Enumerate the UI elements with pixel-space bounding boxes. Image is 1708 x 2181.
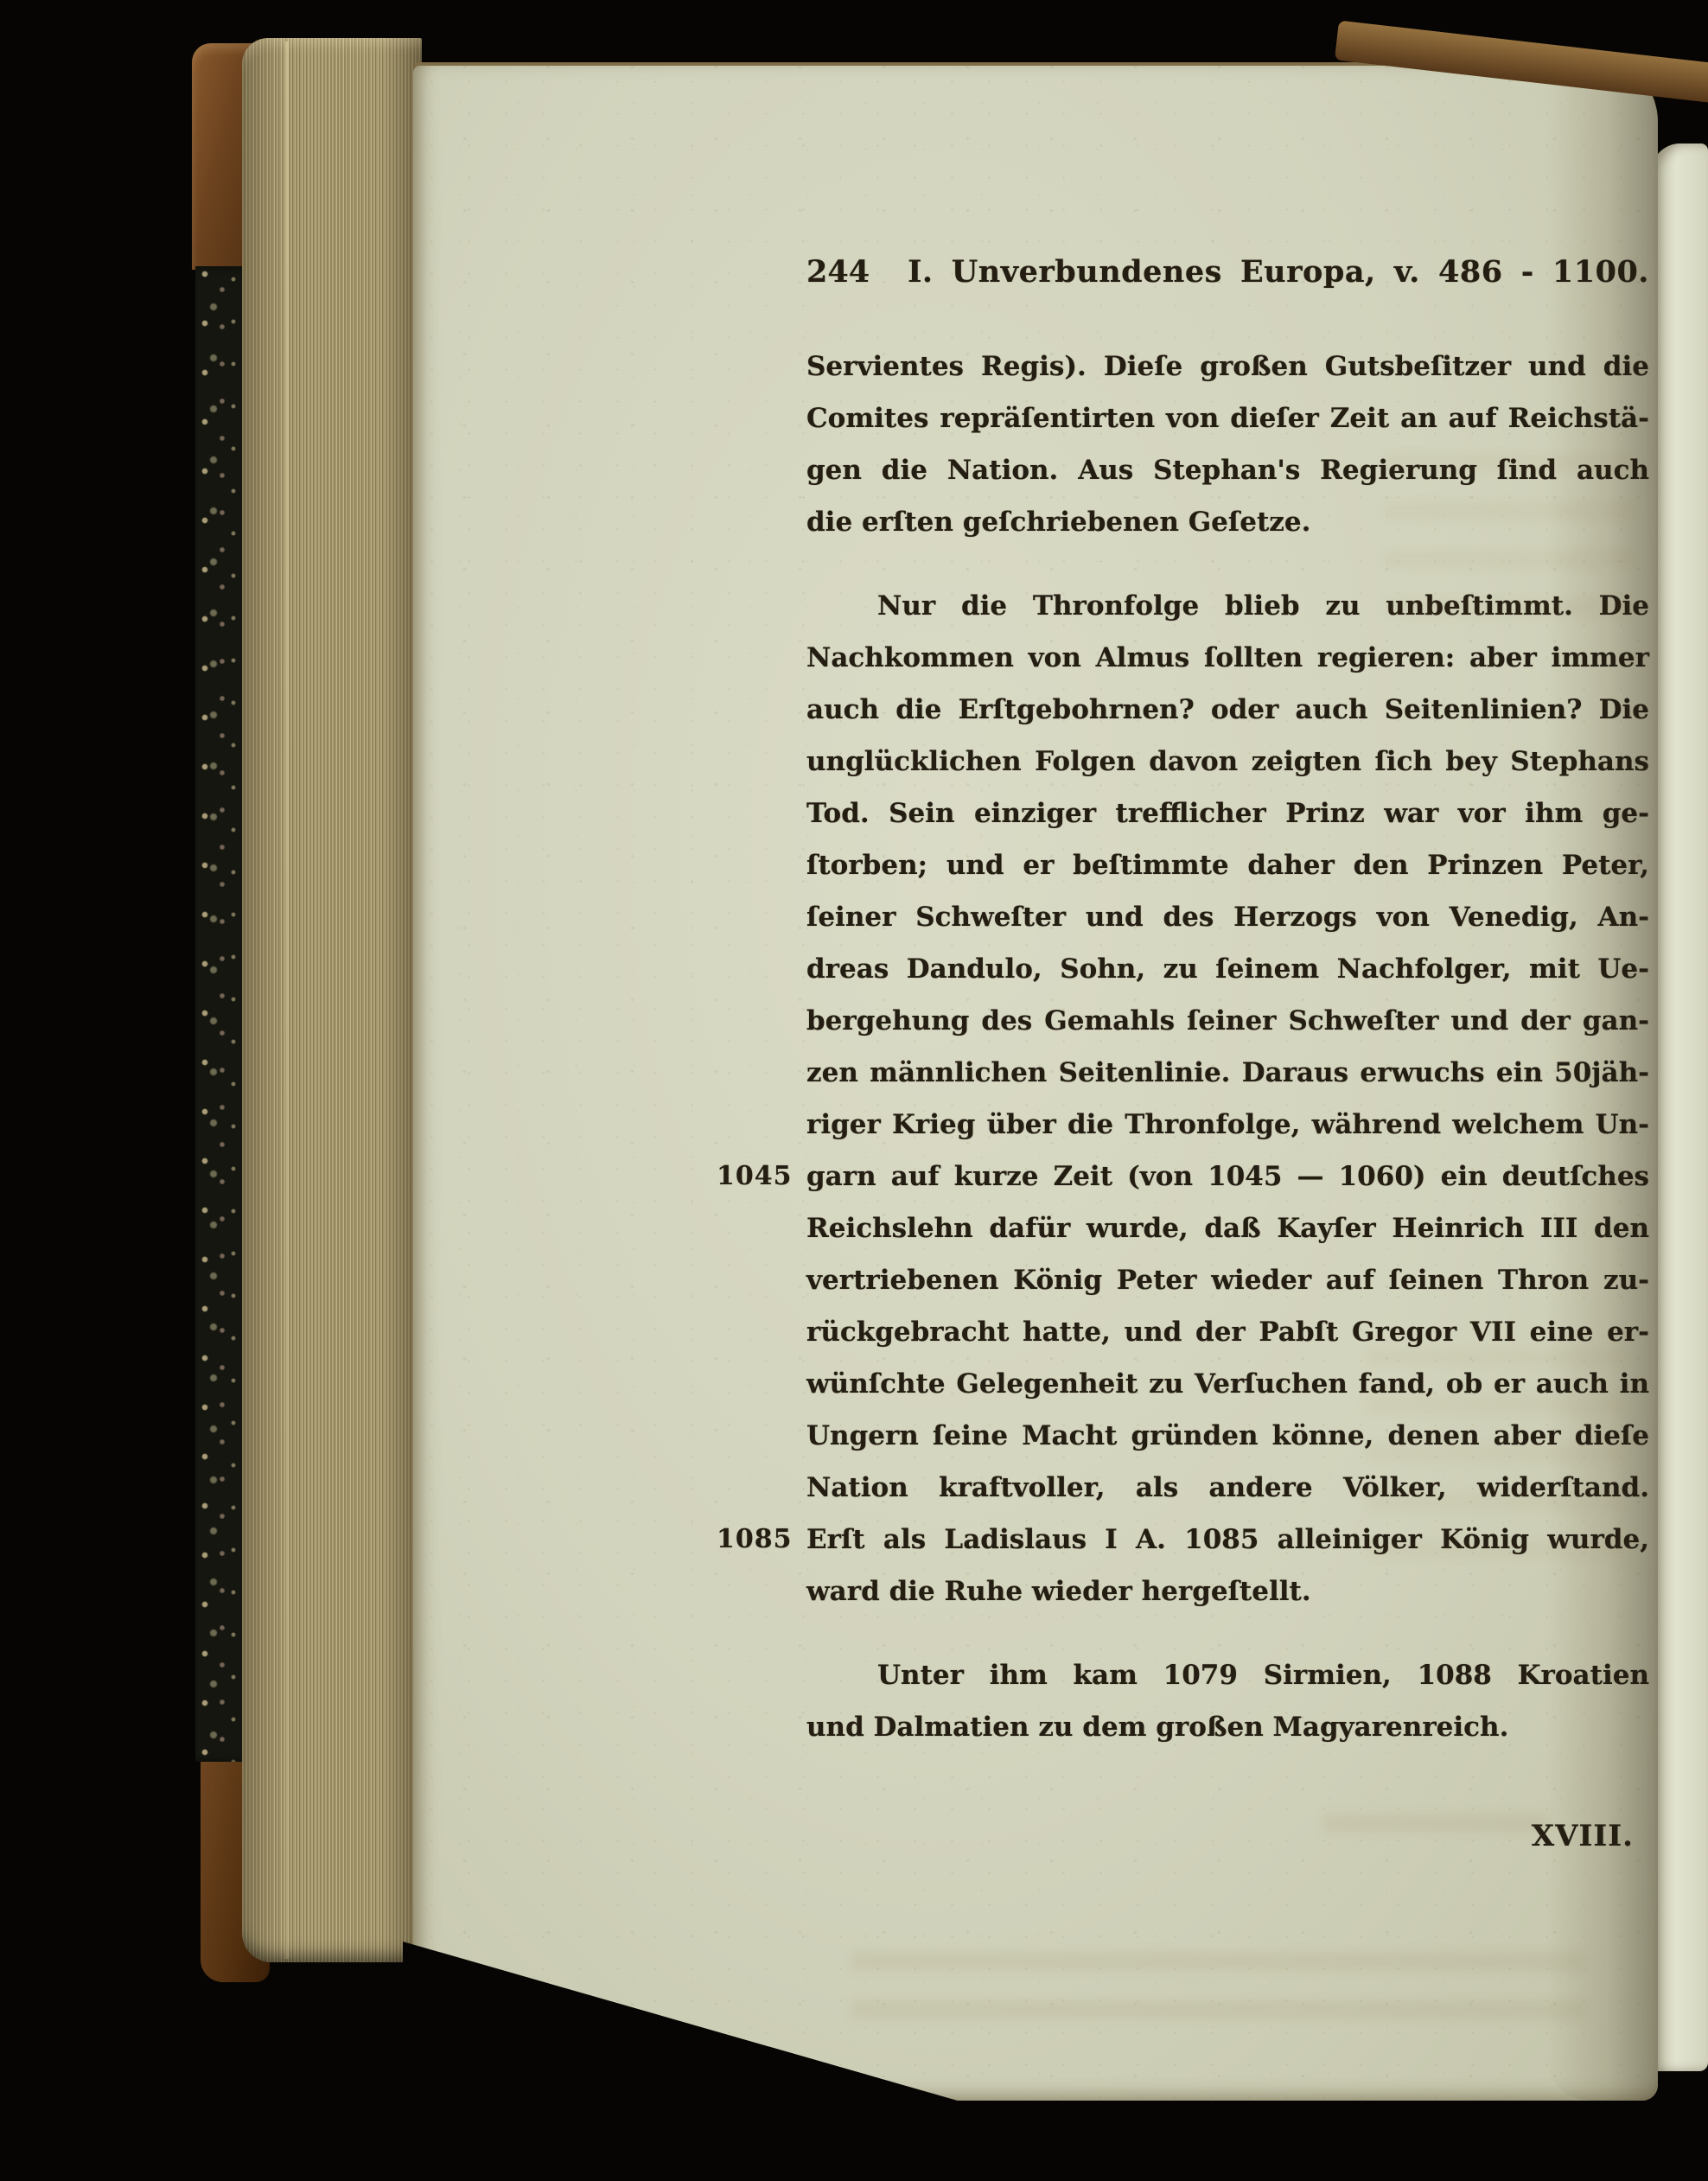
line-text: Nation kraftvoller, als andere Völker, w…	[806, 1472, 1649, 1503]
line-text: vertriebenen König Peter wieder auf ſein…	[806, 1265, 1649, 1296]
line-text: unglücklichen Folgen davon zeigten ſich …	[806, 746, 1649, 777]
text-line: Ungern ſeine Macht gründen könne, denen …	[806, 1410, 1649, 1462]
page-edge-stack	[242, 38, 422, 1962]
paragraph: Unter ihm kam 1079 Sirmien, 1088 Kroatie…	[806, 1649, 1649, 1753]
body-text: Servientes Regis). Dieſe großen Gutsbeſi…	[806, 341, 1649, 1753]
running-header: 244 I. Unverbundenes Europa, v. 486 - 11…	[806, 254, 1649, 290]
margin-year-note: 1085	[717, 1514, 798, 1566]
text-line: 1045garn auf kurze Zeit (von 1045 — 1060…	[806, 1151, 1649, 1202]
line-text: auch die Erſtgebohrnen? oder auch Seiten…	[806, 694, 1649, 725]
margin-year-note: 1045	[717, 1151, 798, 1202]
text-line: auch die Erſtgebohrnen? oder auch Seiten…	[806, 684, 1649, 736]
text-line: rückgebracht hatte, und der Pabſt Gregor…	[806, 1306, 1649, 1358]
text-line: ſtorben; und er beſtimmte daher den Prin…	[806, 839, 1649, 891]
page-number: 244	[806, 254, 870, 290]
paragraph: Nur die Thronfolge blieb zu unbeſtimmt. …	[806, 580, 1649, 1617]
line-text: wünſchte Gelegenheit zu Verſuchen fand, …	[806, 1368, 1649, 1400]
line-text: die erſten geſchriebenen Geſetze.	[806, 507, 1310, 538]
line-text: bergehung des Gemahls ſeiner Schweſter u…	[806, 1005, 1649, 1036]
text-line: ward die Ruhe wieder hergeſtellt.	[806, 1566, 1649, 1617]
text-line: 1085Erſt als Ladislaus I A. 1085 alleini…	[806, 1514, 1649, 1566]
text-line: Servientes Regis). Dieſe großen Gutsbeſi…	[806, 341, 1649, 392]
line-text: und Dalmatien zu dem großen Magyarenreic…	[806, 1712, 1508, 1743]
text-line: ſeiner Schweſter und des Herzogs von Ven…	[806, 891, 1649, 943]
text-line: Comites repräſentirten von dieſer Zeit a…	[806, 392, 1649, 444]
text-line: gen die Nation. Aus Stephan's Regierung …	[806, 444, 1649, 496]
text-line: wünſchte Gelegenheit zu Verſuchen fand, …	[806, 1358, 1649, 1410]
text-line: Nachkommen von Almus ſollten regieren: a…	[806, 632, 1649, 684]
line-text: Unter ihm kam 1079 Sirmien, 1088 Kroatie…	[877, 1660, 1649, 1691]
facing-page-sliver	[1651, 143, 1708, 2071]
text-line: zen männlichen Seitenlinie. Daraus erwuc…	[806, 1047, 1649, 1099]
text-line: riger Krieg über die Thronfolge, während…	[806, 1099, 1649, 1151]
paragraph: Servientes Regis). Dieſe großen Gutsbeſi…	[806, 341, 1649, 548]
line-text: ward die Ruhe wieder hergeſtellt.	[806, 1576, 1311, 1607]
line-text: zen männlichen Seitenlinie. Daraus erwuc…	[806, 1057, 1649, 1088]
line-text: Reichslehn dafür wurde, daß Kayſer Heinr…	[806, 1213, 1649, 1244]
text-line: die erſten geſchriebenen Geſetze.	[806, 496, 1649, 548]
text-line: Tod. Sein einziger trefflicher Prinz war…	[806, 788, 1649, 839]
line-text: garn auf kurze Zeit (von 1045 — 1060) ei…	[806, 1161, 1649, 1192]
text-line: unglücklichen Folgen davon zeigten ſich …	[806, 736, 1649, 788]
line-text: Ungern ſeine Macht gründen könne, denen …	[806, 1420, 1649, 1451]
text-line: und Dalmatien zu dem großen Magyarenreic…	[806, 1701, 1649, 1753]
text-line: Reichslehn dafür wurde, daß Kayſer Heinr…	[806, 1202, 1649, 1254]
line-text: Comites repräſentirten von dieſer Zeit a…	[806, 403, 1649, 434]
line-text: Tod. Sein einziger trefflicher Prinz war…	[806, 798, 1649, 829]
text-line: dreas Dandulo, Sohn, zu ſeinem Nachfolge…	[806, 943, 1649, 995]
line-text: riger Krieg über die Thronfolge, während…	[806, 1109, 1649, 1140]
book-page: 244 I. Unverbundenes Europa, v. 486 - 11…	[413, 66, 1658, 2101]
line-text: Nachkommen von Almus ſollten regieren: a…	[806, 642, 1649, 673]
line-text: Servientes Regis). Dieſe großen Gutsbeſi…	[806, 351, 1649, 382]
line-text: dreas Dandulo, Sohn, zu ſeinem Nachfolge…	[806, 953, 1649, 985]
text-line: Unter ihm kam 1079 Sirmien, 1088 Kroatie…	[806, 1649, 1649, 1701]
signature-mark: XVIII.	[1532, 1819, 1634, 1853]
line-text: Nur die Thronfolge blieb zu unbeſtimmt. …	[877, 590, 1649, 622]
chapter-title: I. Unverbundenes Europa, v. 486 - 1100.	[908, 254, 1649, 290]
text-line: Nation kraftvoller, als andere Völker, w…	[806, 1462, 1649, 1514]
line-text: ſtorben; und er beſtimmte daher den Prin…	[806, 850, 1649, 881]
line-text: gen die Nation. Aus Stephan's Regierung …	[806, 455, 1649, 486]
page-edge-highlight	[285, 41, 289, 1959]
photo-background: 244 I. Unverbundenes Europa, v. 486 - 11…	[0, 0, 1708, 2181]
line-text: ſeiner Schweſter und des Herzogs von Ven…	[806, 902, 1649, 933]
line-text: rückgebracht hatte, und der Pabſt Gregor…	[806, 1317, 1649, 1348]
text-line: vertriebenen König Peter wieder auf ſein…	[806, 1254, 1649, 1306]
text-line: bergehung des Gemahls ſeiner Schweſter u…	[806, 995, 1649, 1047]
line-text: Erſt als Ladislaus I A. 1085 alleiniger …	[806, 1524, 1649, 1555]
text-line: Nur die Thronfolge blieb zu unbeſtimmt. …	[806, 580, 1649, 632]
